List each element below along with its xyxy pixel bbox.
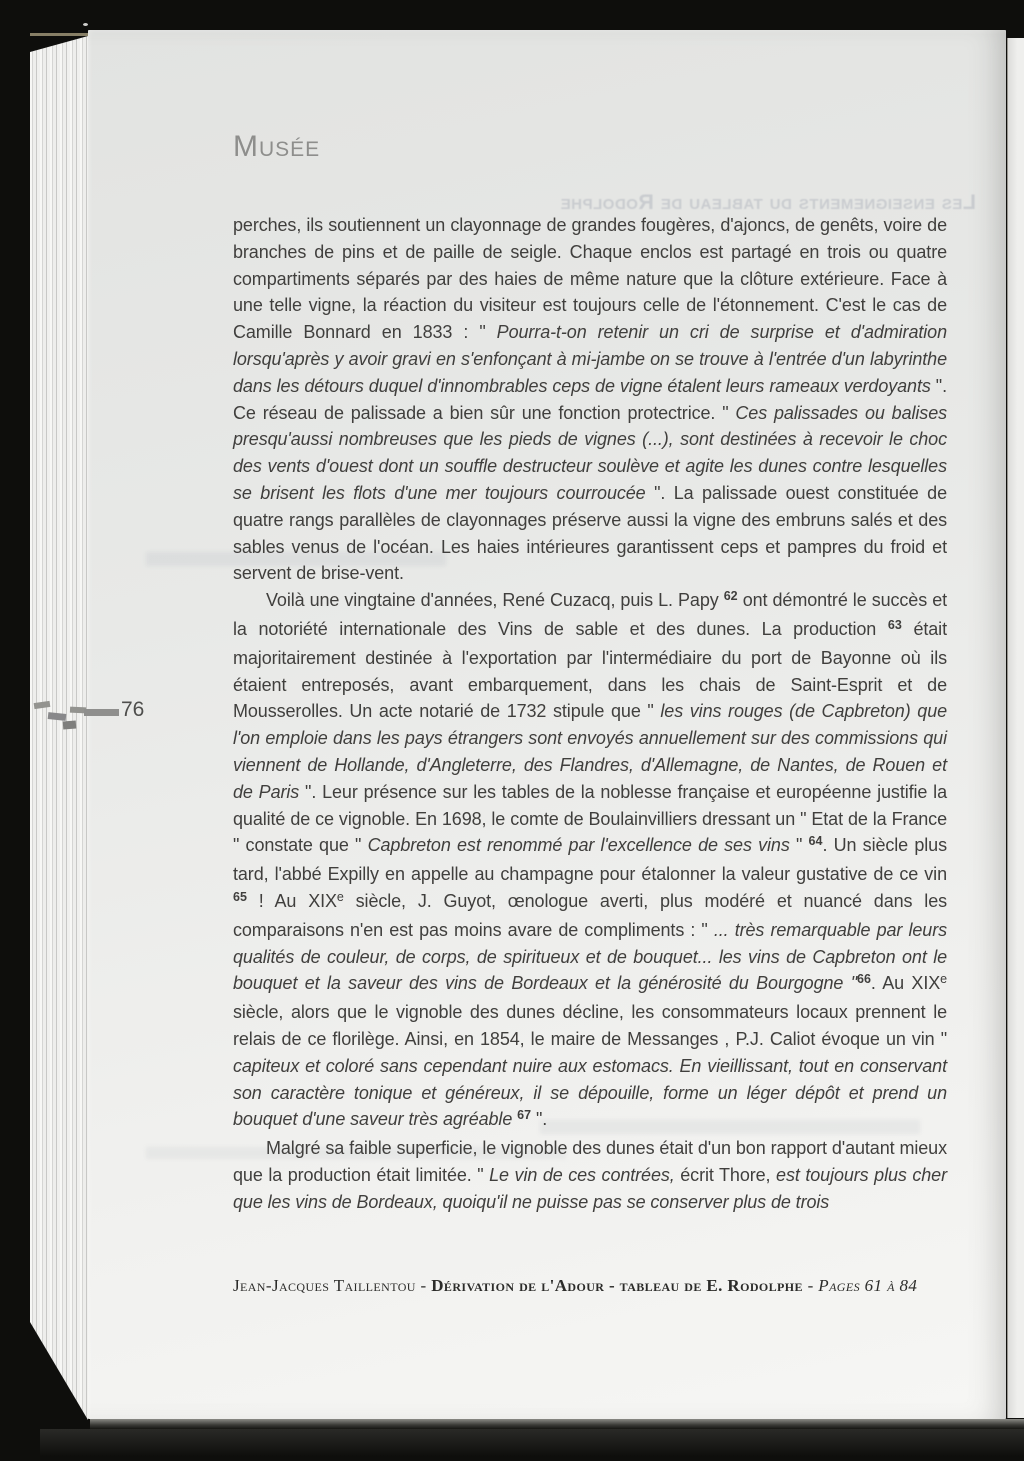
page-bottom-shadow — [40, 1429, 1024, 1461]
text-segment: siècle, alors que le vignoble des dunes … — [233, 1002, 947, 1049]
text-segment: " — [796, 835, 809, 855]
page-stack-left-edge — [30, 36, 88, 1420]
footnote-reference: 67 — [517, 1108, 531, 1122]
footer-article-title: Dérivation de l'Adour - tableau de E. Ro… — [431, 1276, 803, 1295]
footnote-reference: 63 — [888, 618, 902, 632]
footnote-reference: 65 — [233, 890, 247, 904]
footer-page-range: Pages 61 à 84 — [818, 1276, 917, 1295]
page-edge-mark — [63, 721, 77, 730]
text-segment: Capbreton est renommé par l'excellence d… — [368, 835, 796, 855]
text-segment: écrit Thore, — [675, 1165, 776, 1185]
book-cover-edge — [30, 33, 92, 36]
page-number: 76 — [121, 698, 144, 722]
paragraph: Voilà une vingtaine d'années, René Cuzac… — [233, 587, 947, 1135]
text-segment: e — [337, 890, 344, 904]
text-segment: Voilà une vingtaine d'années, René Cuzac… — [266, 590, 724, 610]
footnote-reference: 64 — [809, 834, 823, 848]
running-header: Musée — [233, 130, 320, 164]
footer-separator: - — [421, 1276, 427, 1295]
footnote-reference: 62 — [724, 589, 738, 603]
text-segment: Le vin de ces contrées, — [489, 1165, 675, 1185]
scanned-book-page: Les enseignements du tableau de Rodolphe… — [0, 0, 1024, 1461]
dust-speck — [83, 23, 88, 26]
page-footer: Jean-Jacques Taillentou - Dérivation de … — [233, 1276, 947, 1296]
paragraph: Malgré sa faible superficie, le vignoble… — [233, 1135, 947, 1215]
text-segment: ". — [531, 1109, 547, 1129]
paragraph: perches, ils soutiennent un clayonnage d… — [233, 212, 947, 587]
footnote-reference: 66 — [857, 972, 871, 986]
footer-author: Jean-Jacques Taillentou — [233, 1276, 416, 1295]
footer-separator: - — [808, 1276, 814, 1295]
text-segment: . Au XIX — [871, 973, 940, 993]
text-segment: ! Au XIX — [247, 891, 337, 911]
text-segment: e — [940, 972, 947, 986]
page-bottom-edge — [90, 1419, 1024, 1429]
page-number-marker — [84, 709, 119, 716]
facing-page-sliver — [1007, 38, 1024, 1418]
text-segment: capiteux et coloré sans cependant nuire … — [233, 1056, 947, 1130]
book-page: Les enseignements du tableau de Rodolphe… — [88, 30, 1006, 1419]
body-text: perches, ils soutiennent un clayonnage d… — [233, 212, 947, 1215]
